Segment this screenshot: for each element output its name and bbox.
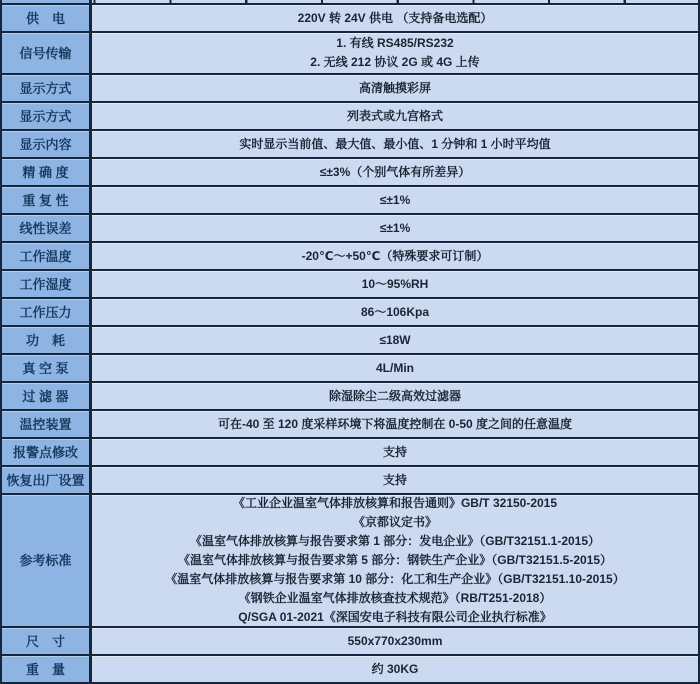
spec-label: 显示内容	[2, 131, 92, 157]
spec-value: 550x770x230mm	[92, 628, 698, 654]
spec-value: 支持	[92, 467, 698, 493]
spec-value-line: 《钢铁企业温室气体排放核查技术规范》（RB/T251-2018）	[239, 589, 552, 608]
spec-value: 约 30KG	[92, 656, 698, 682]
spec-row: 重 复 性 ≤±1%	[2, 187, 698, 215]
spec-value-line: 《温室气体排放核算与报告要求第 10 部分：化工和生产企业》（GB/T32151…	[165, 570, 624, 589]
spec-label: 功 耗	[2, 327, 92, 353]
spec-row: 显示内容 实时显示当前值、最大值、最小值、1 分钟和 1 小时平均值	[2, 131, 698, 159]
spec-row: 线性误差 ≤±1%	[2, 215, 698, 243]
spec-value-line: Q/SGA 01-2021《深国安电子科技有限公司企业执行标准》	[238, 608, 552, 627]
spec-row: 恢复出厂设置 支持	[2, 467, 698, 495]
spec-value-line: 220V 转 24V 供电 （支持备电选配）	[298, 9, 493, 28]
spec-value: 高清触摸彩屏	[92, 75, 698, 101]
spec-value-line: ≤±3%（个别气体有所差异）	[320, 163, 471, 182]
spec-value-line: 高清触摸彩屏	[359, 79, 431, 98]
spec-value: -20℃～+50℃（特殊要求可订制）	[92, 243, 698, 269]
spec-value-line: 550x770x230mm	[348, 632, 443, 651]
spec-label: 参考标准	[2, 495, 92, 626]
spec-value-line: 1. 有线 RS485/RS232	[336, 34, 453, 53]
spec-value: ≤±3%（个别气体有所差异）	[92, 159, 698, 185]
spec-value-line: ≤18W	[379, 331, 410, 350]
cropped-row-value-cells	[92, 0, 698, 3]
spec-value-line: 支持	[383, 443, 407, 462]
spec-value: ≤±1%	[92, 215, 698, 241]
spec-table: 供 电 220V 转 24V 供电 （支持备电选配） 信号传输 1. 有线 RS…	[0, 0, 700, 684]
cropped-row-label-cell	[2, 0, 92, 3]
spec-label: 真 空 泵	[2, 355, 92, 381]
spec-value-line: ≤±1%	[380, 219, 411, 238]
spec-value: 支持	[92, 439, 698, 465]
spec-label: 报警点修改	[2, 439, 92, 465]
spec-value-line: 约 30KG	[372, 660, 419, 679]
spec-label: 工作压力	[2, 299, 92, 325]
spec-label: 供 电	[2, 5, 92, 31]
spec-value-line: 实时显示当前值、最大值、最小值、1 分钟和 1 小时平均值	[239, 135, 550, 154]
spec-value-line: 《温室气体排放核算与报告要求第 1 部分：发电企业》（GB/T32151.1-2…	[190, 532, 600, 551]
spec-label: 信号传输	[2, 33, 92, 73]
spec-value-line: 可在-40 至 120 度采样环境下将温度控制在 0-50 度之间的任意温度	[218, 415, 572, 434]
spec-row: 温控装置 可在-40 至 120 度采样环境下将温度控制在 0-50 度之间的任…	[2, 411, 698, 439]
spec-value-line: -20℃～+50℃（特殊要求可订制）	[302, 247, 489, 266]
spec-row: 真 空 泵 4L/Min	[2, 355, 698, 383]
spec-value: 《工业企业温室气体排放核算和报告通则》GB/T 32150-2015《京都议定书…	[92, 495, 698, 626]
spec-value: 86～106Kpa	[92, 299, 698, 325]
spec-value: ≤±1%	[92, 187, 698, 213]
spec-value: 1. 有线 RS485/RS2322. 无线 212 协议 2G 或 4G 上传	[92, 33, 698, 73]
spec-label: 工作湿度	[2, 271, 92, 297]
spec-row: 信号传输 1. 有线 RS485/RS2322. 无线 212 协议 2G 或 …	[2, 33, 698, 75]
spec-row: 显示方式 列表式或九宫格式	[2, 103, 698, 131]
spec-value: 220V 转 24V 供电 （支持备电选配）	[92, 5, 698, 31]
spec-value-line: 《京都议定书》	[353, 513, 437, 532]
spec-label: 重 复 性	[2, 187, 92, 213]
spec-value: 可在-40 至 120 度采样环境下将温度控制在 0-50 度之间的任意温度	[92, 411, 698, 437]
spec-row: 功 耗 ≤18W	[2, 327, 698, 355]
spec-row: 精 确 度 ≤±3%（个别气体有所差异）	[2, 159, 698, 187]
spec-value-line: 列表式或九宫格式	[347, 107, 443, 126]
spec-value-line: 《工业企业温室气体排放核算和报告通则》GB/T 32150-2015	[233, 494, 557, 513]
spec-value-line: 4L/Min	[376, 359, 414, 378]
spec-value-line: ≤±1%	[380, 191, 411, 210]
spec-label: 过 滤 器	[2, 383, 92, 409]
spec-label: 尺 寸	[2, 628, 92, 654]
spec-value-line: 《温室气体排放核算与报告要求第 5 部分：钢铁生产企业》（GB/T32151.5…	[178, 551, 612, 570]
spec-rows: 供 电 220V 转 24V 供电 （支持备电选配） 信号传输 1. 有线 RS…	[2, 5, 698, 684]
spec-value-line: 支持	[383, 471, 407, 490]
spec-row: 工作湿度 10～95%RH	[2, 271, 698, 299]
spec-label: 工作温度	[2, 243, 92, 269]
spec-value-line: 86～106Kpa	[361, 303, 429, 322]
spec-row: 尺 寸 550x770x230mm	[2, 628, 698, 656]
spec-value: 实时显示当前值、最大值、最小值、1 分钟和 1 小时平均值	[92, 131, 698, 157]
spec-value: 4L/Min	[92, 355, 698, 381]
spec-label: 精 确 度	[2, 159, 92, 185]
spec-label: 显示方式	[2, 103, 92, 129]
spec-row: 报警点修改 支持	[2, 439, 698, 467]
spec-row: 重 量 约 30KG	[2, 656, 698, 684]
spec-label: 温控装置	[2, 411, 92, 437]
spec-value: 10～95%RH	[92, 271, 698, 297]
spec-row: 工作压力 86～106Kpa	[2, 299, 698, 327]
spec-row: 参考标准 《工业企业温室气体排放核算和报告通则》GB/T 32150-2015《…	[2, 495, 698, 628]
spec-row: 供 电 220V 转 24V 供电 （支持备电选配）	[2, 5, 698, 33]
spec-value-line: 10～95%RH	[362, 275, 429, 294]
spec-value: ≤18W	[92, 327, 698, 353]
spec-label: 显示方式	[2, 75, 92, 101]
spec-value-line: 除湿除尘二级高效过滤器	[329, 387, 461, 406]
spec-row: 显示方式 高清触摸彩屏	[2, 75, 698, 103]
spec-label: 恢复出厂设置	[2, 467, 92, 493]
spec-label: 重 量	[2, 656, 92, 682]
spec-label: 线性误差	[2, 215, 92, 241]
spec-value: 除湿除尘二级高效过滤器	[92, 383, 698, 409]
spec-row: 过 滤 器 除湿除尘二级高效过滤器	[2, 383, 698, 411]
spec-value: 列表式或九宫格式	[92, 103, 698, 129]
spec-value-line: 2. 无线 212 协议 2G 或 4G 上传	[310, 53, 479, 72]
spec-row: 工作温度 -20℃～+50℃（特殊要求可订制）	[2, 243, 698, 271]
